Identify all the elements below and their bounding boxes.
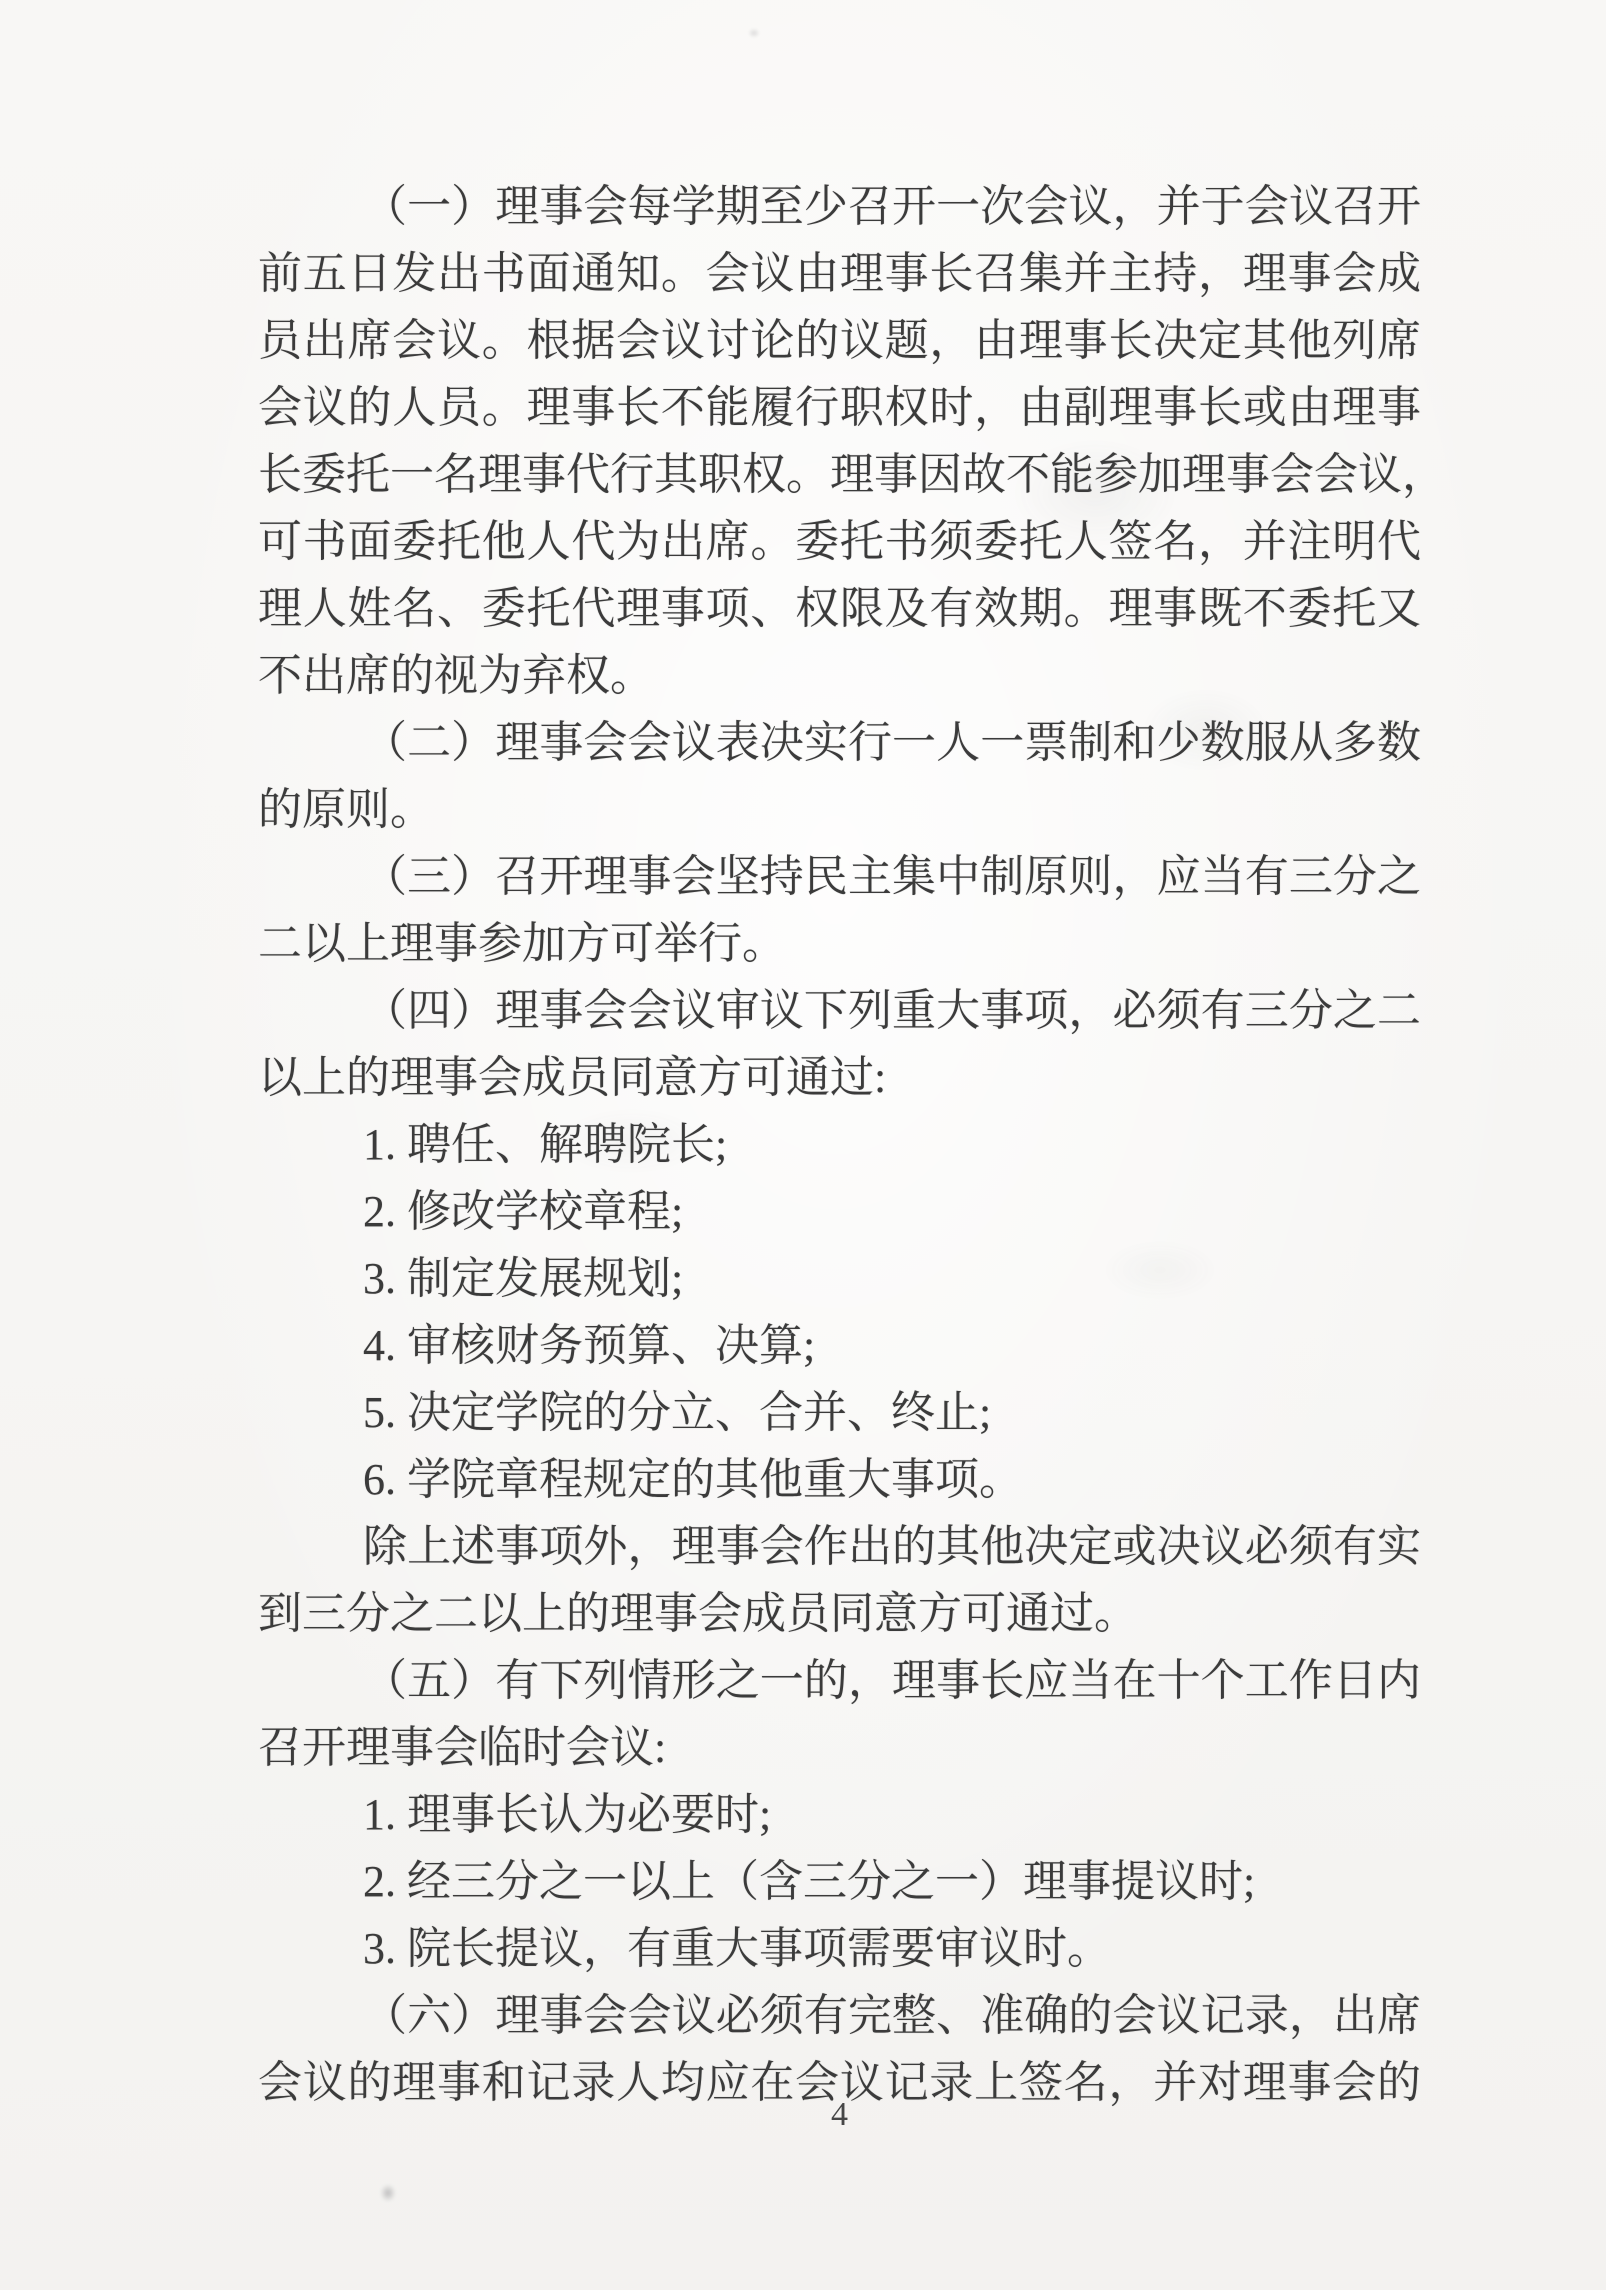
text-line: （三）召开理事会坚持民主集中制原则，应当有三分之 [258, 843, 1421, 910]
text-line: 5. 决定学院的分立、合并、终止; [258, 1379, 1421, 1446]
text-line: （二）理事会会议表决实行一人一票制和少数服从多数 [258, 709, 1421, 776]
text-line: 可书面委托他人代为出席。委托书须委托人签名，并注明代 [258, 508, 1421, 575]
text-line: 到三分之二以上的理事会成员同意方可通过。 [258, 1580, 1421, 1647]
scan-speck [748, 28, 760, 38]
text-line: 3. 制定发展规划; [258, 1245, 1421, 1312]
text-line: 6. 学院章程规定的其他重大事项。 [258, 1446, 1421, 1513]
text-line: 长委托一名理事代行其职权。理事因故不能参加理事会会议， [258, 441, 1421, 508]
document-body: （一）理事会每学期至少召开一次会议，并于会议召开前五日发出书面通知。会议由理事长… [258, 173, 1421, 2116]
text-line: （一）理事会每学期至少召开一次会议，并于会议召开 [258, 173, 1421, 240]
text-line: 2. 经三分之一以上（含三分之一）理事提议时; [258, 1848, 1421, 1915]
text-line: 员出席会议。根据会议讨论的议题，由理事长决定其他列席 [258, 307, 1421, 374]
text-line: 的原则。 [258, 776, 1421, 843]
page-number: 4 [258, 2092, 1421, 2138]
text-line: 2. 修改学校章程; [258, 1178, 1421, 1245]
text-line: （四）理事会会议审议下列重大事项，必须有三分之二 [258, 977, 1421, 1044]
text-line: 4. 审核财务预算、决算; [258, 1312, 1421, 1379]
text-line: 前五日发出书面通知。会议由理事长召集并主持，理事会成 [258, 240, 1421, 307]
text-line: 召开理事会临时会议: [258, 1714, 1421, 1781]
text-line: 不出席的视为弃权。 [258, 642, 1421, 709]
text-line: 理人姓名、委托代理事项、权限及有效期。理事既不委托又 [258, 575, 1421, 642]
scan-page: （一）理事会每学期至少召开一次会议，并于会议召开前五日发出书面通知。会议由理事长… [0, 0, 1606, 2290]
text-line: 3. 院长提议，有重大事项需要审议时。 [258, 1915, 1421, 1982]
text-line: 1. 聘任、解聘院长; [258, 1111, 1421, 1178]
scan-speck [380, 2184, 396, 2202]
text-line: 以上的理事会成员同意方可通过: [258, 1044, 1421, 1111]
text-line: 除上述事项外，理事会作出的其他决定或决议必须有实 [258, 1513, 1421, 1580]
text-line: 二以上理事参加方可举行。 [258, 910, 1421, 977]
text-line: （六）理事会会议必须有完整、准确的会议记录，出席 [258, 1982, 1421, 2049]
text-line: 1. 理事长认为必要时; [258, 1781, 1421, 1848]
text-line: 会议的人员。理事长不能履行职权时，由副理事长或由理事 [258, 374, 1421, 441]
text-line: （五）有下列情形之一的，理事长应当在十个工作日内 [258, 1647, 1421, 1714]
